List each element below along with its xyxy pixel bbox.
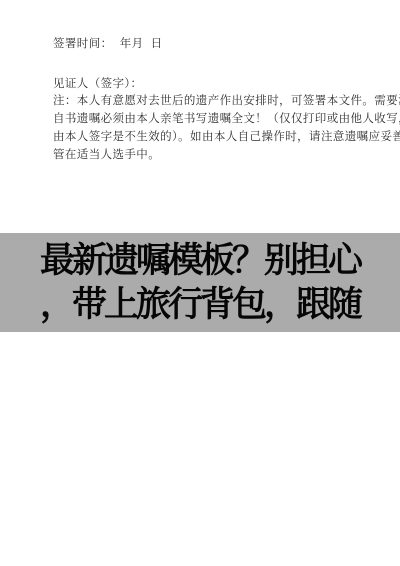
note-line-3: 由本人签字是不生效的）。如由本人自己操作时，请注意遗嘱应妥善保 xyxy=(53,128,363,146)
headline-text-line-1: 最新遗嘱模板？别担心 xyxy=(40,239,360,283)
page: 签署时间： 年月 日 见证人（签字）： 注：本人有意愿对去世后的遗产作出安排时，… xyxy=(0,0,400,566)
sign-time-line: 签署时间： 年月 日 xyxy=(53,38,363,51)
note-paragraph: 注：本人有意愿对去世后的遗产作出安排时，可签署本文件。需要注意： 自书遗嘱必须由… xyxy=(53,92,363,164)
witness-signature-line: 见证人（签字）： xyxy=(53,78,363,91)
note-line-4: 管在适当人选手中。 xyxy=(53,146,363,164)
headline-band: 最新遗嘱模板？别担心 ，带上旅行背包，跟随 xyxy=(0,233,400,332)
note-line-2: 自书遗嘱必须由本人亲笔书写遗嘱全文！（仅仅打印或由他人收写，再 xyxy=(53,110,363,128)
headline-text-line-2: ，带上旅行背包，跟随 xyxy=(40,283,360,327)
note-line-1: 注：本人有意愿对去世后的遗产作出安排时，可签署本文件。需要注意： xyxy=(53,92,363,110)
